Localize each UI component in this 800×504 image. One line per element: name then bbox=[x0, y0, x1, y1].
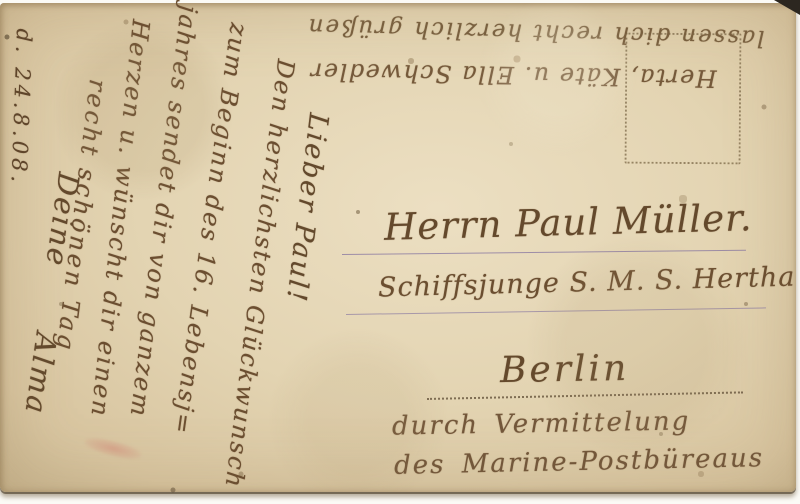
edge-date: d. 24.8.08. bbox=[7, 28, 36, 186]
paper-stain-specks bbox=[0, 3, 2, 5]
address-ship-line: Schiffsjunge S. M. S. Hertha bbox=[378, 262, 796, 304]
postcard: Herrn Paul Müller. Schiffsjunge S. M. S.… bbox=[0, 3, 796, 492]
address-rule-3-dotted bbox=[427, 391, 743, 400]
scan-corner-shadow bbox=[774, 0, 800, 15]
address-rule-2 bbox=[346, 307, 766, 315]
stamp-box bbox=[625, 33, 742, 165]
address-via-line-2: des Marine-Postbüreaus bbox=[394, 443, 765, 481]
address-recipient: Herrn Paul Müller. bbox=[384, 196, 754, 249]
red-pencil-mark bbox=[83, 434, 143, 463]
address-city: Berlin bbox=[500, 348, 630, 391]
address-rule-1 bbox=[342, 250, 746, 255]
address-via-line-1: durch Vermittelung bbox=[392, 406, 691, 441]
inverted-greeting-line-1: lassen dich recht herzlich grüßen bbox=[288, 13, 784, 52]
